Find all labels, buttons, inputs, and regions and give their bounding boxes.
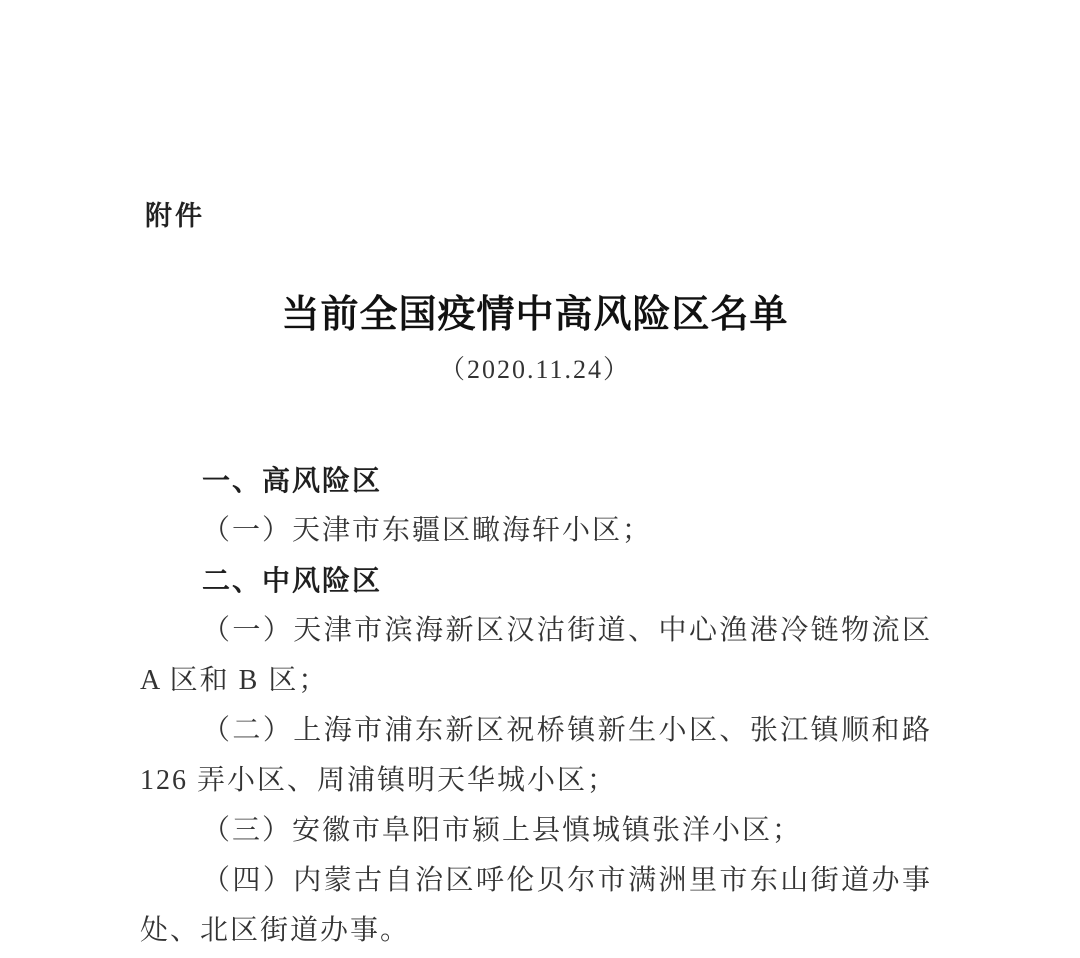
document-title: 当前全国疫情中高风险区名单	[140, 290, 930, 340]
document-date: （2020.11.24）	[140, 353, 930, 387]
section-heading-medium-risk: 二、中风险区	[140, 556, 932, 606]
attachment-label: 附件	[145, 198, 205, 234]
list-item-medium-risk-4: （四）内蒙古自治区呼伦贝尔市满洲里市东山街道办事处、北区街道办事。	[140, 856, 932, 956]
list-item-medium-risk-3: （三）安徽市阜阳市颍上县慎城镇张洋小区；	[140, 806, 932, 856]
list-item-high-risk-1: （一）天津市东疆区瞰海轩小区；	[140, 506, 932, 556]
scanned-document-page: 附件 当前全国疫情中高风险区名单 （2020.11.24） 一、高风险区 （一）…	[0, 0, 1080, 958]
list-item-medium-risk-2: （二）上海市浦东新区祝桥镇新生小区、张江镇顺和路 126 弄小区、周浦镇明天华城…	[140, 706, 932, 806]
section-heading-high-risk: 一、高风险区	[140, 456, 932, 506]
list-item-medium-risk-1: （一）天津市滨海新区汉沽街道、中心渔港冷链物流区 A 区和 B 区；	[140, 606, 932, 706]
document-body: 一、高风险区 （一）天津市东疆区瞰海轩小区； 二、中风险区 （一）天津市滨海新区…	[140, 456, 932, 956]
